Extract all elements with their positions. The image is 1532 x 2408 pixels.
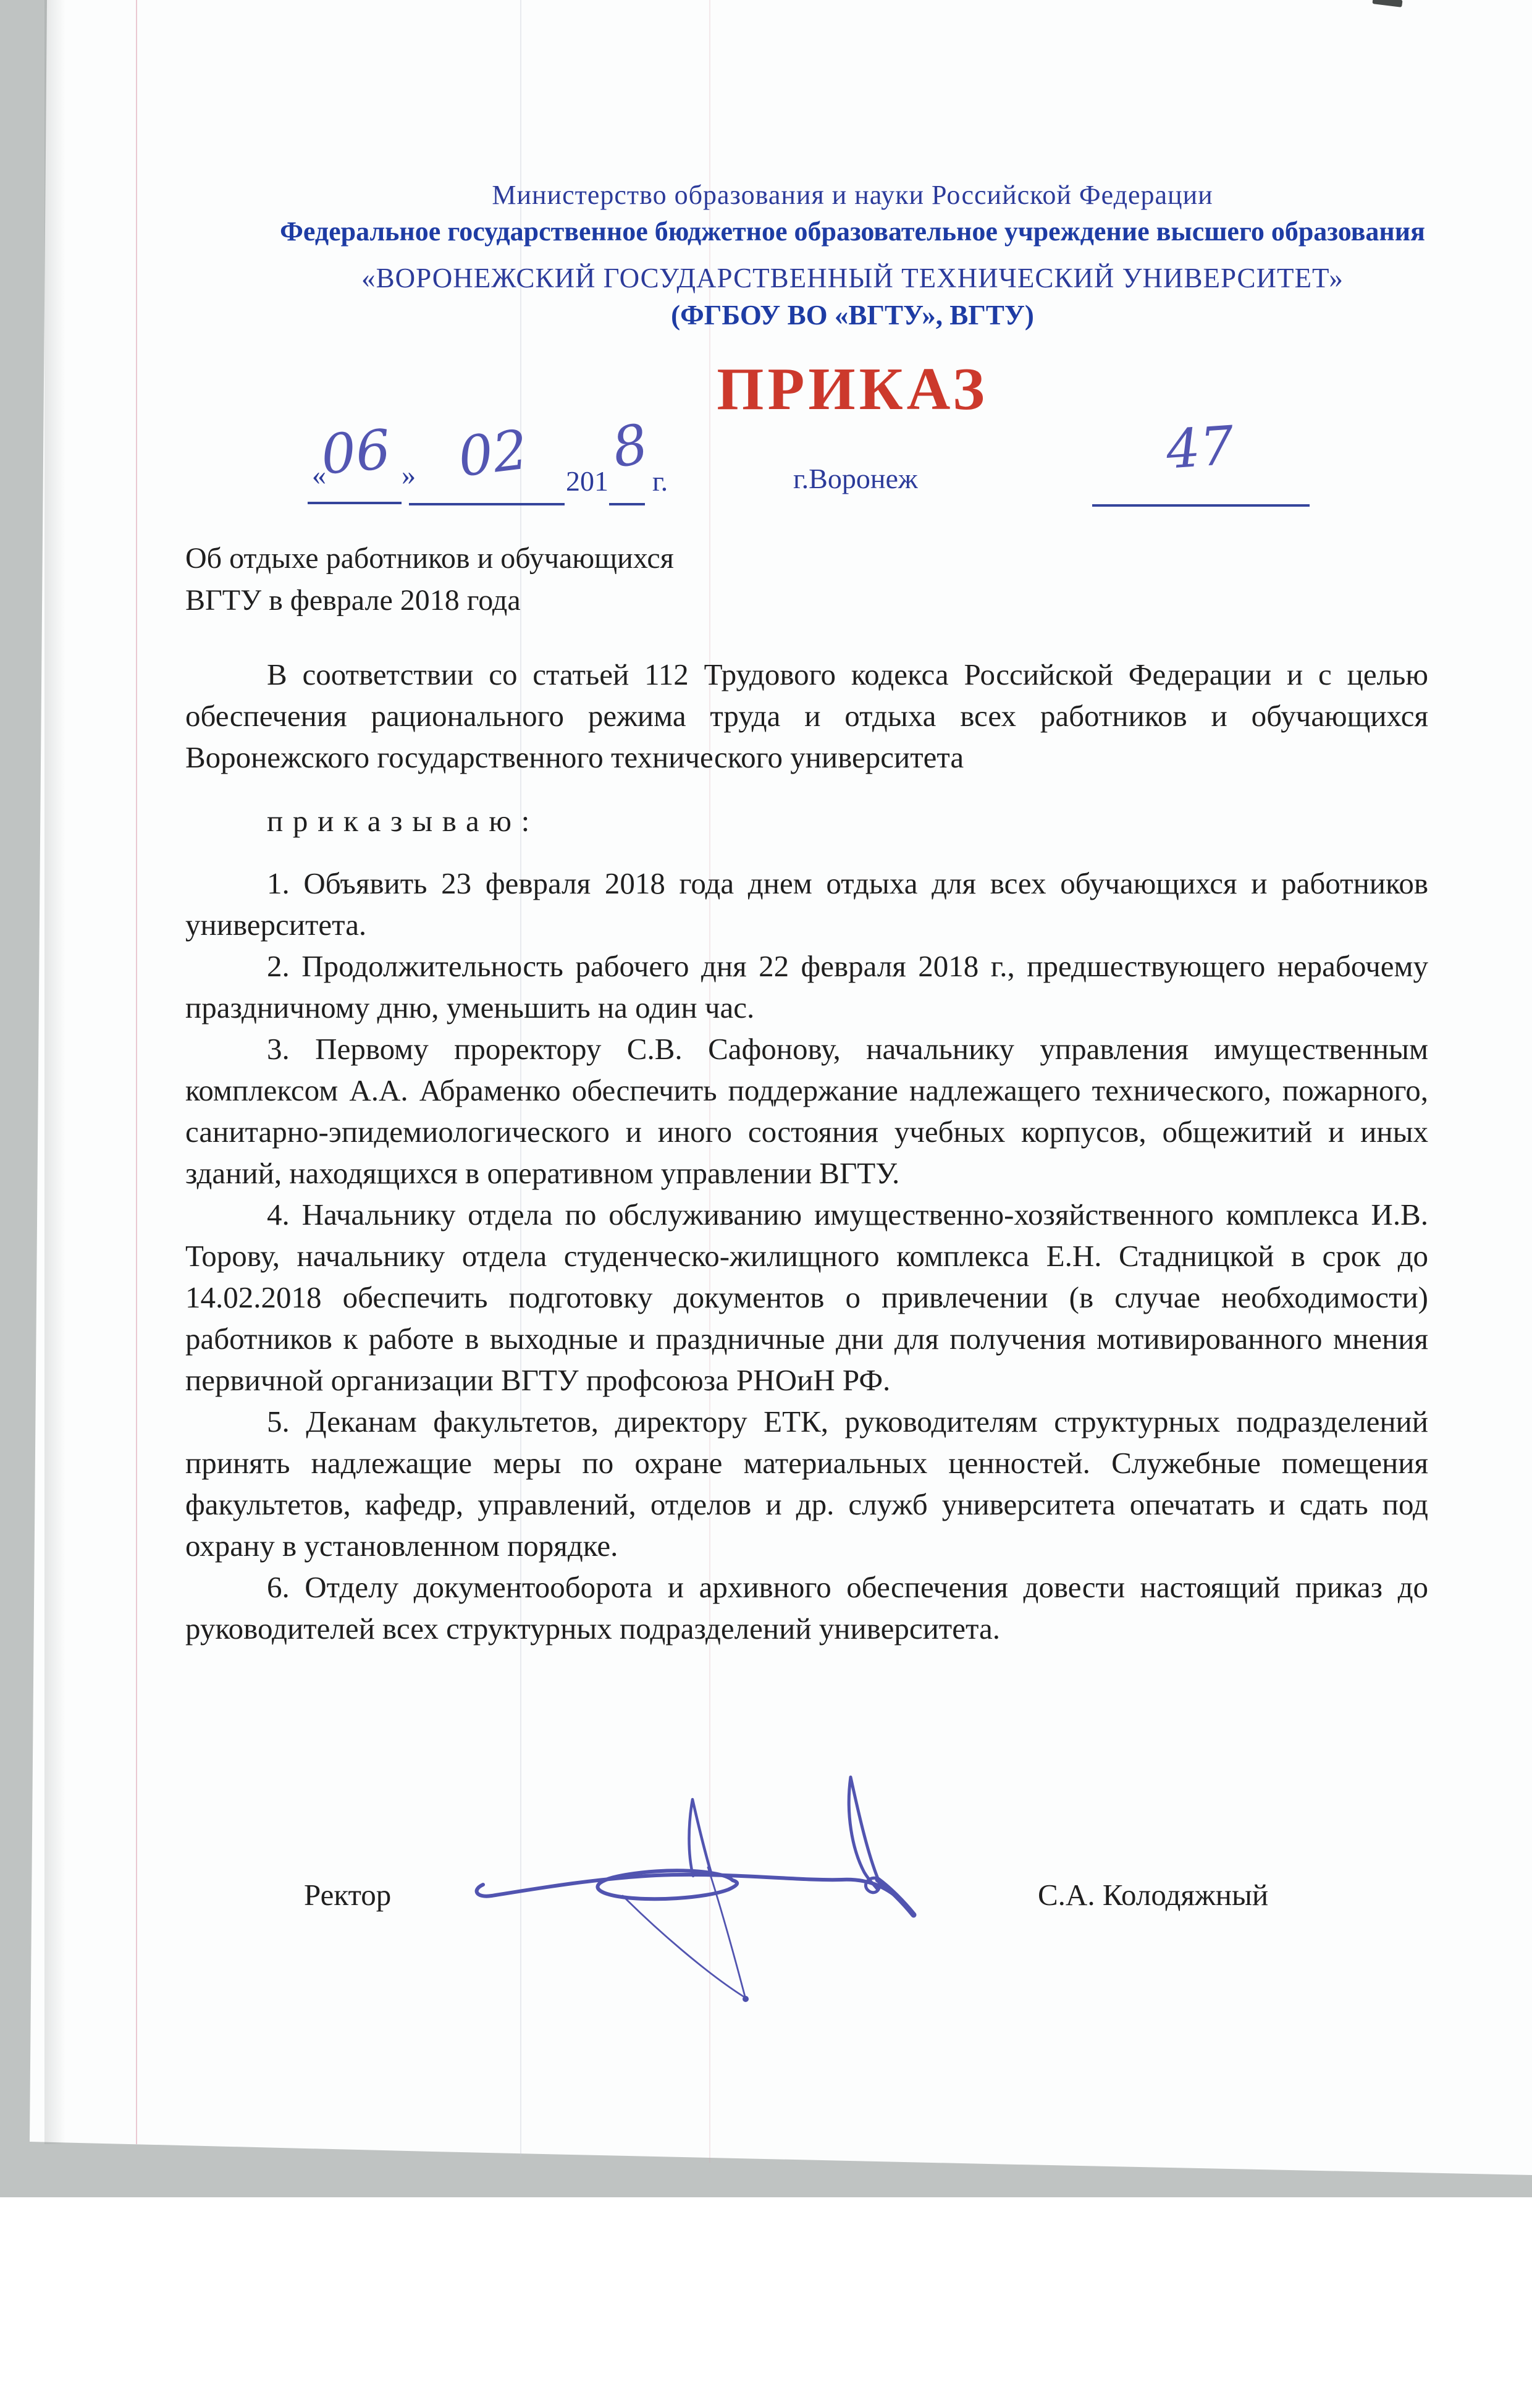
signature-ink: [0, 0, 1532, 2408]
scanned-order-page: Министерство образования и науки Российс…: [0, 0, 1532, 2408]
